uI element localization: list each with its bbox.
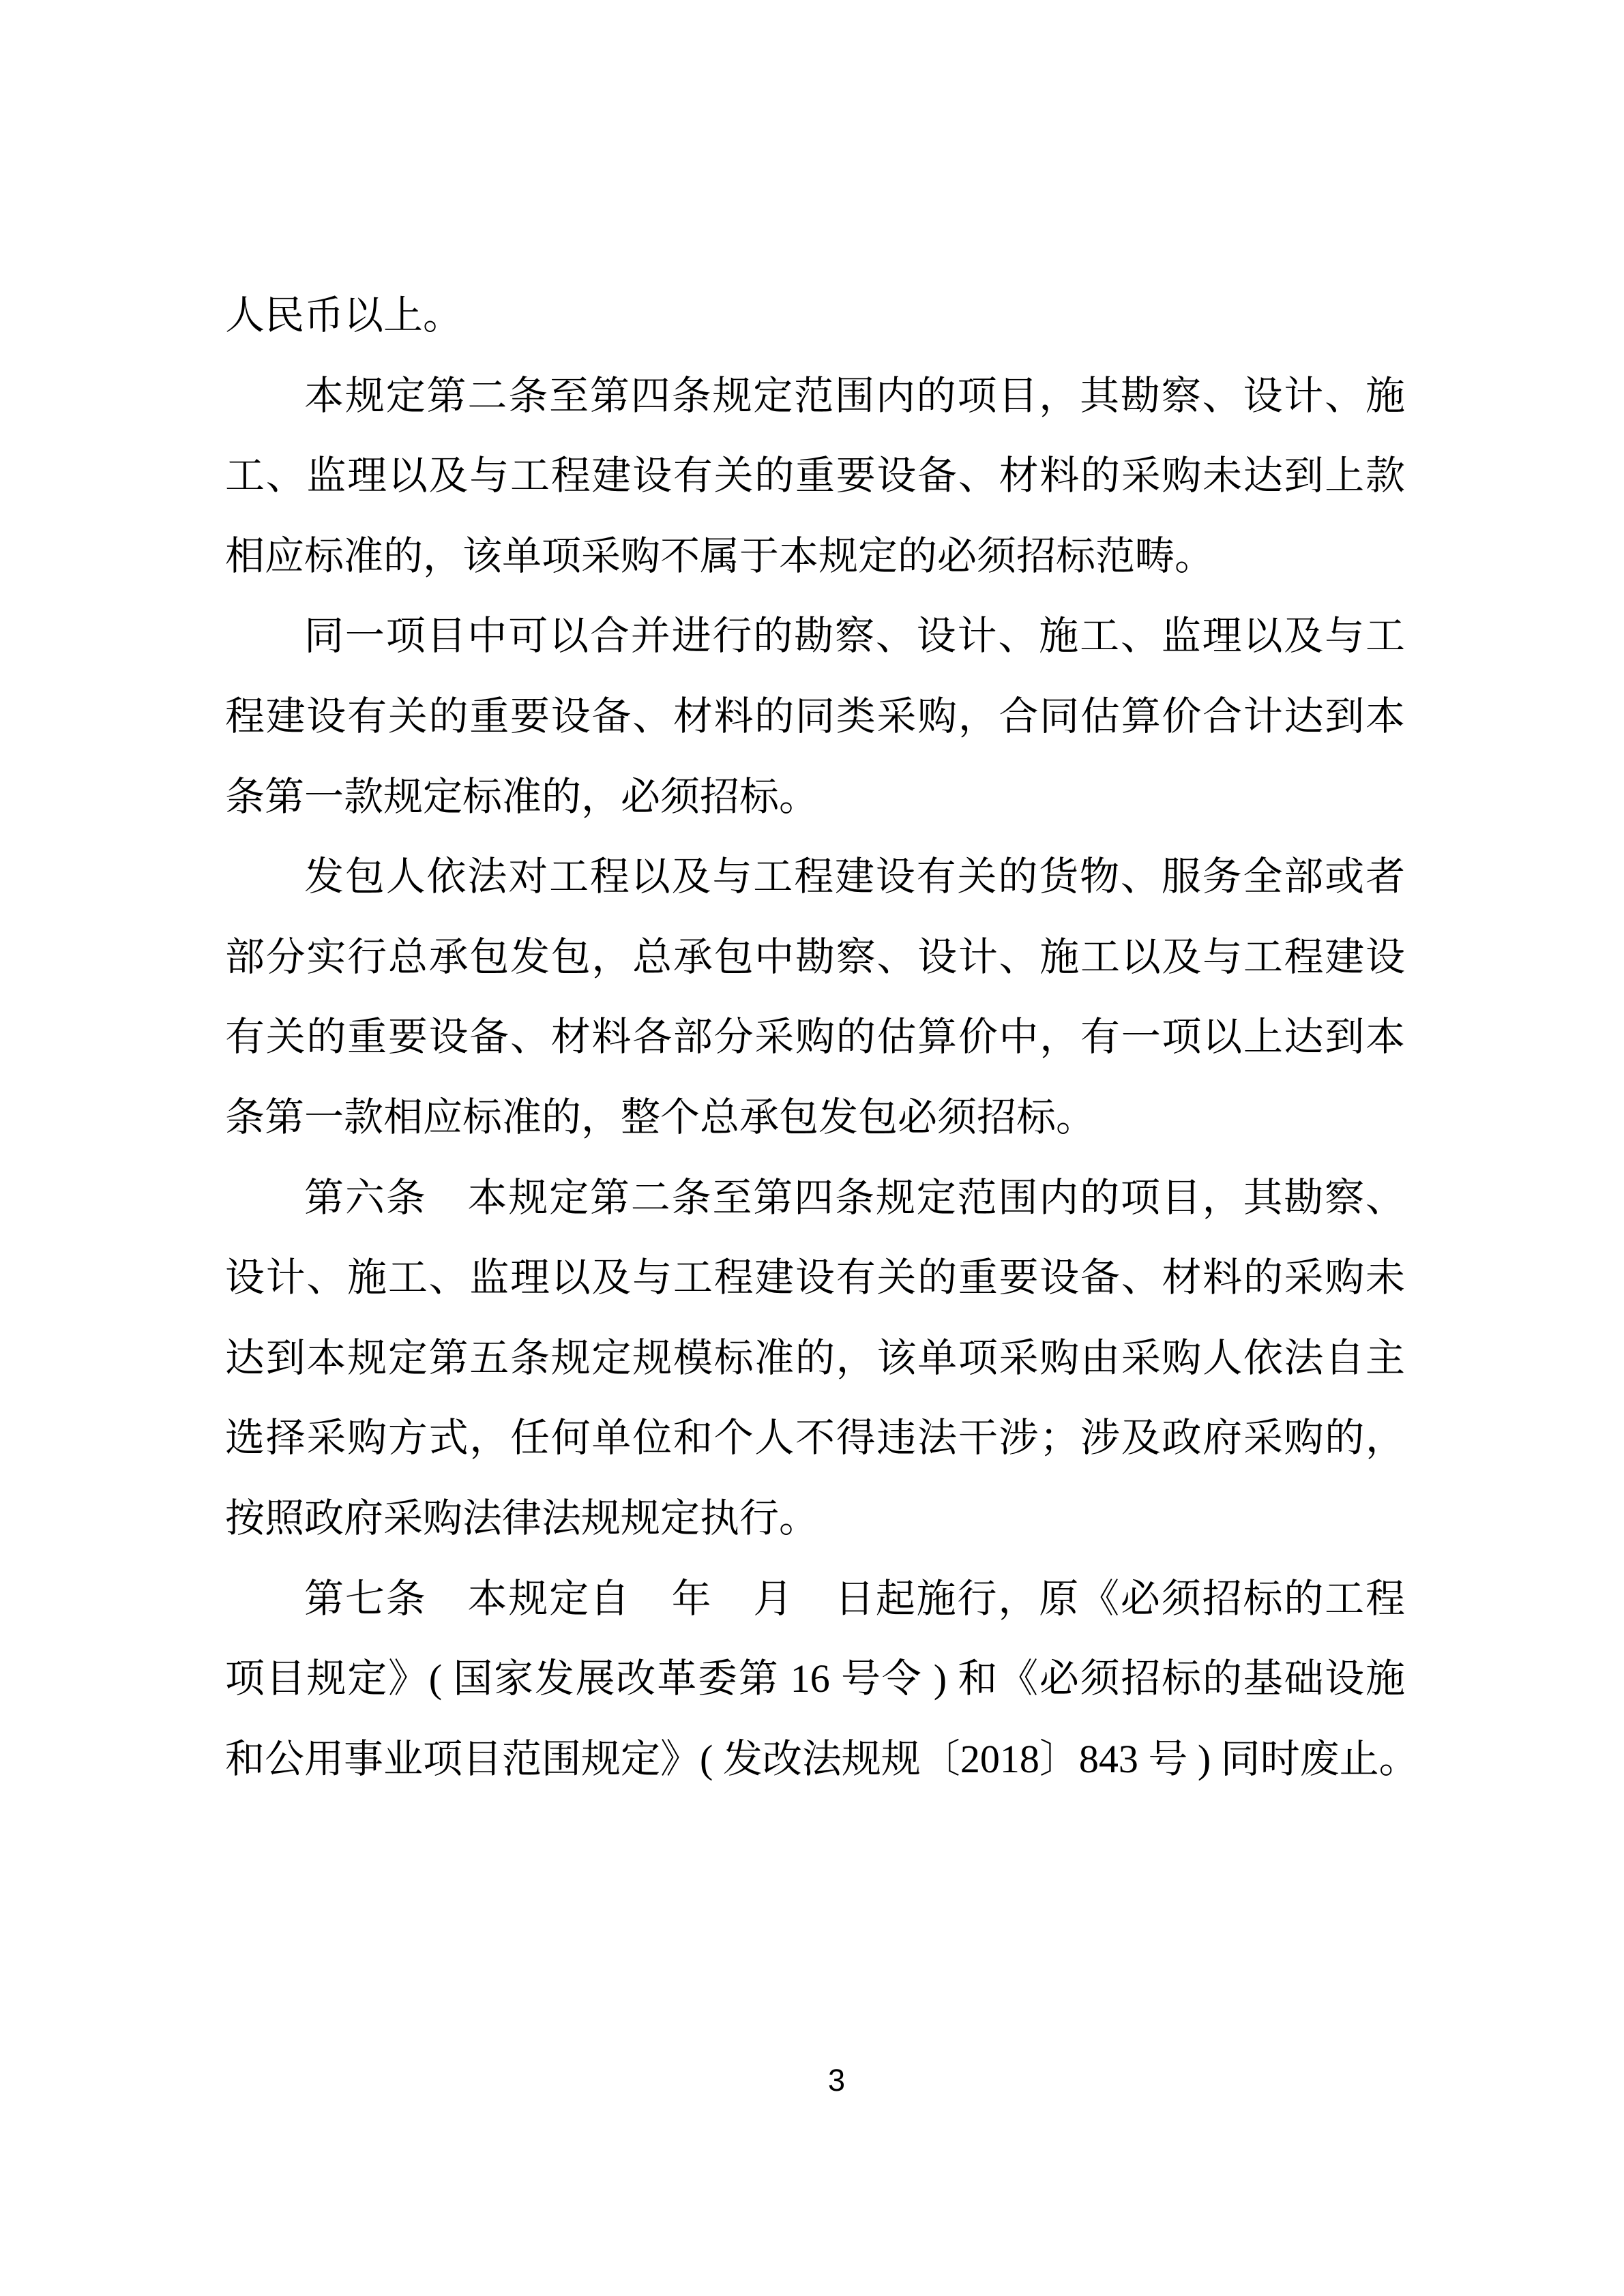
text-line: 选择采购方式，任何单位和个人不得违法干涉；涉及政府采购的，	[225, 1398, 1405, 1478]
text-line: 和公用事业项目范围规定》( 发改法规规〔2018〕843 号 ) 同时废止。	[225, 1719, 1405, 1800]
text-line: 相应标准的，该单项采购不属于本规定的必须招标范畴。	[225, 516, 1405, 597]
body-text: 人民币以上。本规定第二条至第四条规定范围内的项目，其勘察、设计、施工、监理以及与…	[225, 275, 1405, 1799]
page-number: 3	[25, 2065, 1624, 2096]
document-page: 人民币以上。本规定第二条至第四条规定范围内的项目，其勘察、设计、施工、监理以及与…	[0, 0, 1624, 2296]
text-line: 达到本规定第五条规定规模标准的，该单项采购由采购人依法自主	[225, 1318, 1405, 1399]
text-line: 有关的重要设备、材料各部分采购的估算价中，有一项以上达到本	[225, 997, 1405, 1077]
text-line: 条第一款规定标准的，必须招标。	[225, 757, 1405, 837]
text-line: 设计、施工、监理以及与工程建设有关的重要设备、材料的采购未	[225, 1238, 1405, 1318]
text-line: 发包人依法对工程以及与工程建设有关的货物、服务全部或者	[225, 837, 1405, 917]
text-line: 第七条 本规定自 年 月 日起施行，原《必须招标的工程	[225, 1559, 1405, 1639]
text-line: 同一项目中可以合并进行的勘察、设计、施工、监理以及与工	[225, 596, 1405, 676]
text-line: 工、监理以及与工程建设有关的重要设备、材料的采购未达到上款	[225, 436, 1405, 516]
text-line: 部分实行总承包发包，总承包中勘察、设计、施工以及与工程建设	[225, 917, 1405, 998]
text-line: 条第一款相应标准的，整个总承包发包必须招标。	[225, 1077, 1405, 1158]
text-line: 本规定第二条至第四条规定范围内的项目，其勘察、设计、施	[225, 356, 1405, 436]
text-line: 项目规定》( 国家发展改革委第 16 号令 ) 和《必须招标的基础设施	[225, 1639, 1405, 1719]
text-line: 人民币以上。	[225, 275, 1405, 356]
text-line: 按照政府采购法律法规规定执行。	[225, 1478, 1405, 1559]
text-line: 第六条 本规定第二条至第四条规定范围内的项目，其勘察、	[225, 1158, 1405, 1238]
text-line: 程建设有关的重要设备、材料的同类采购，合同估算价合计达到本	[225, 676, 1405, 757]
